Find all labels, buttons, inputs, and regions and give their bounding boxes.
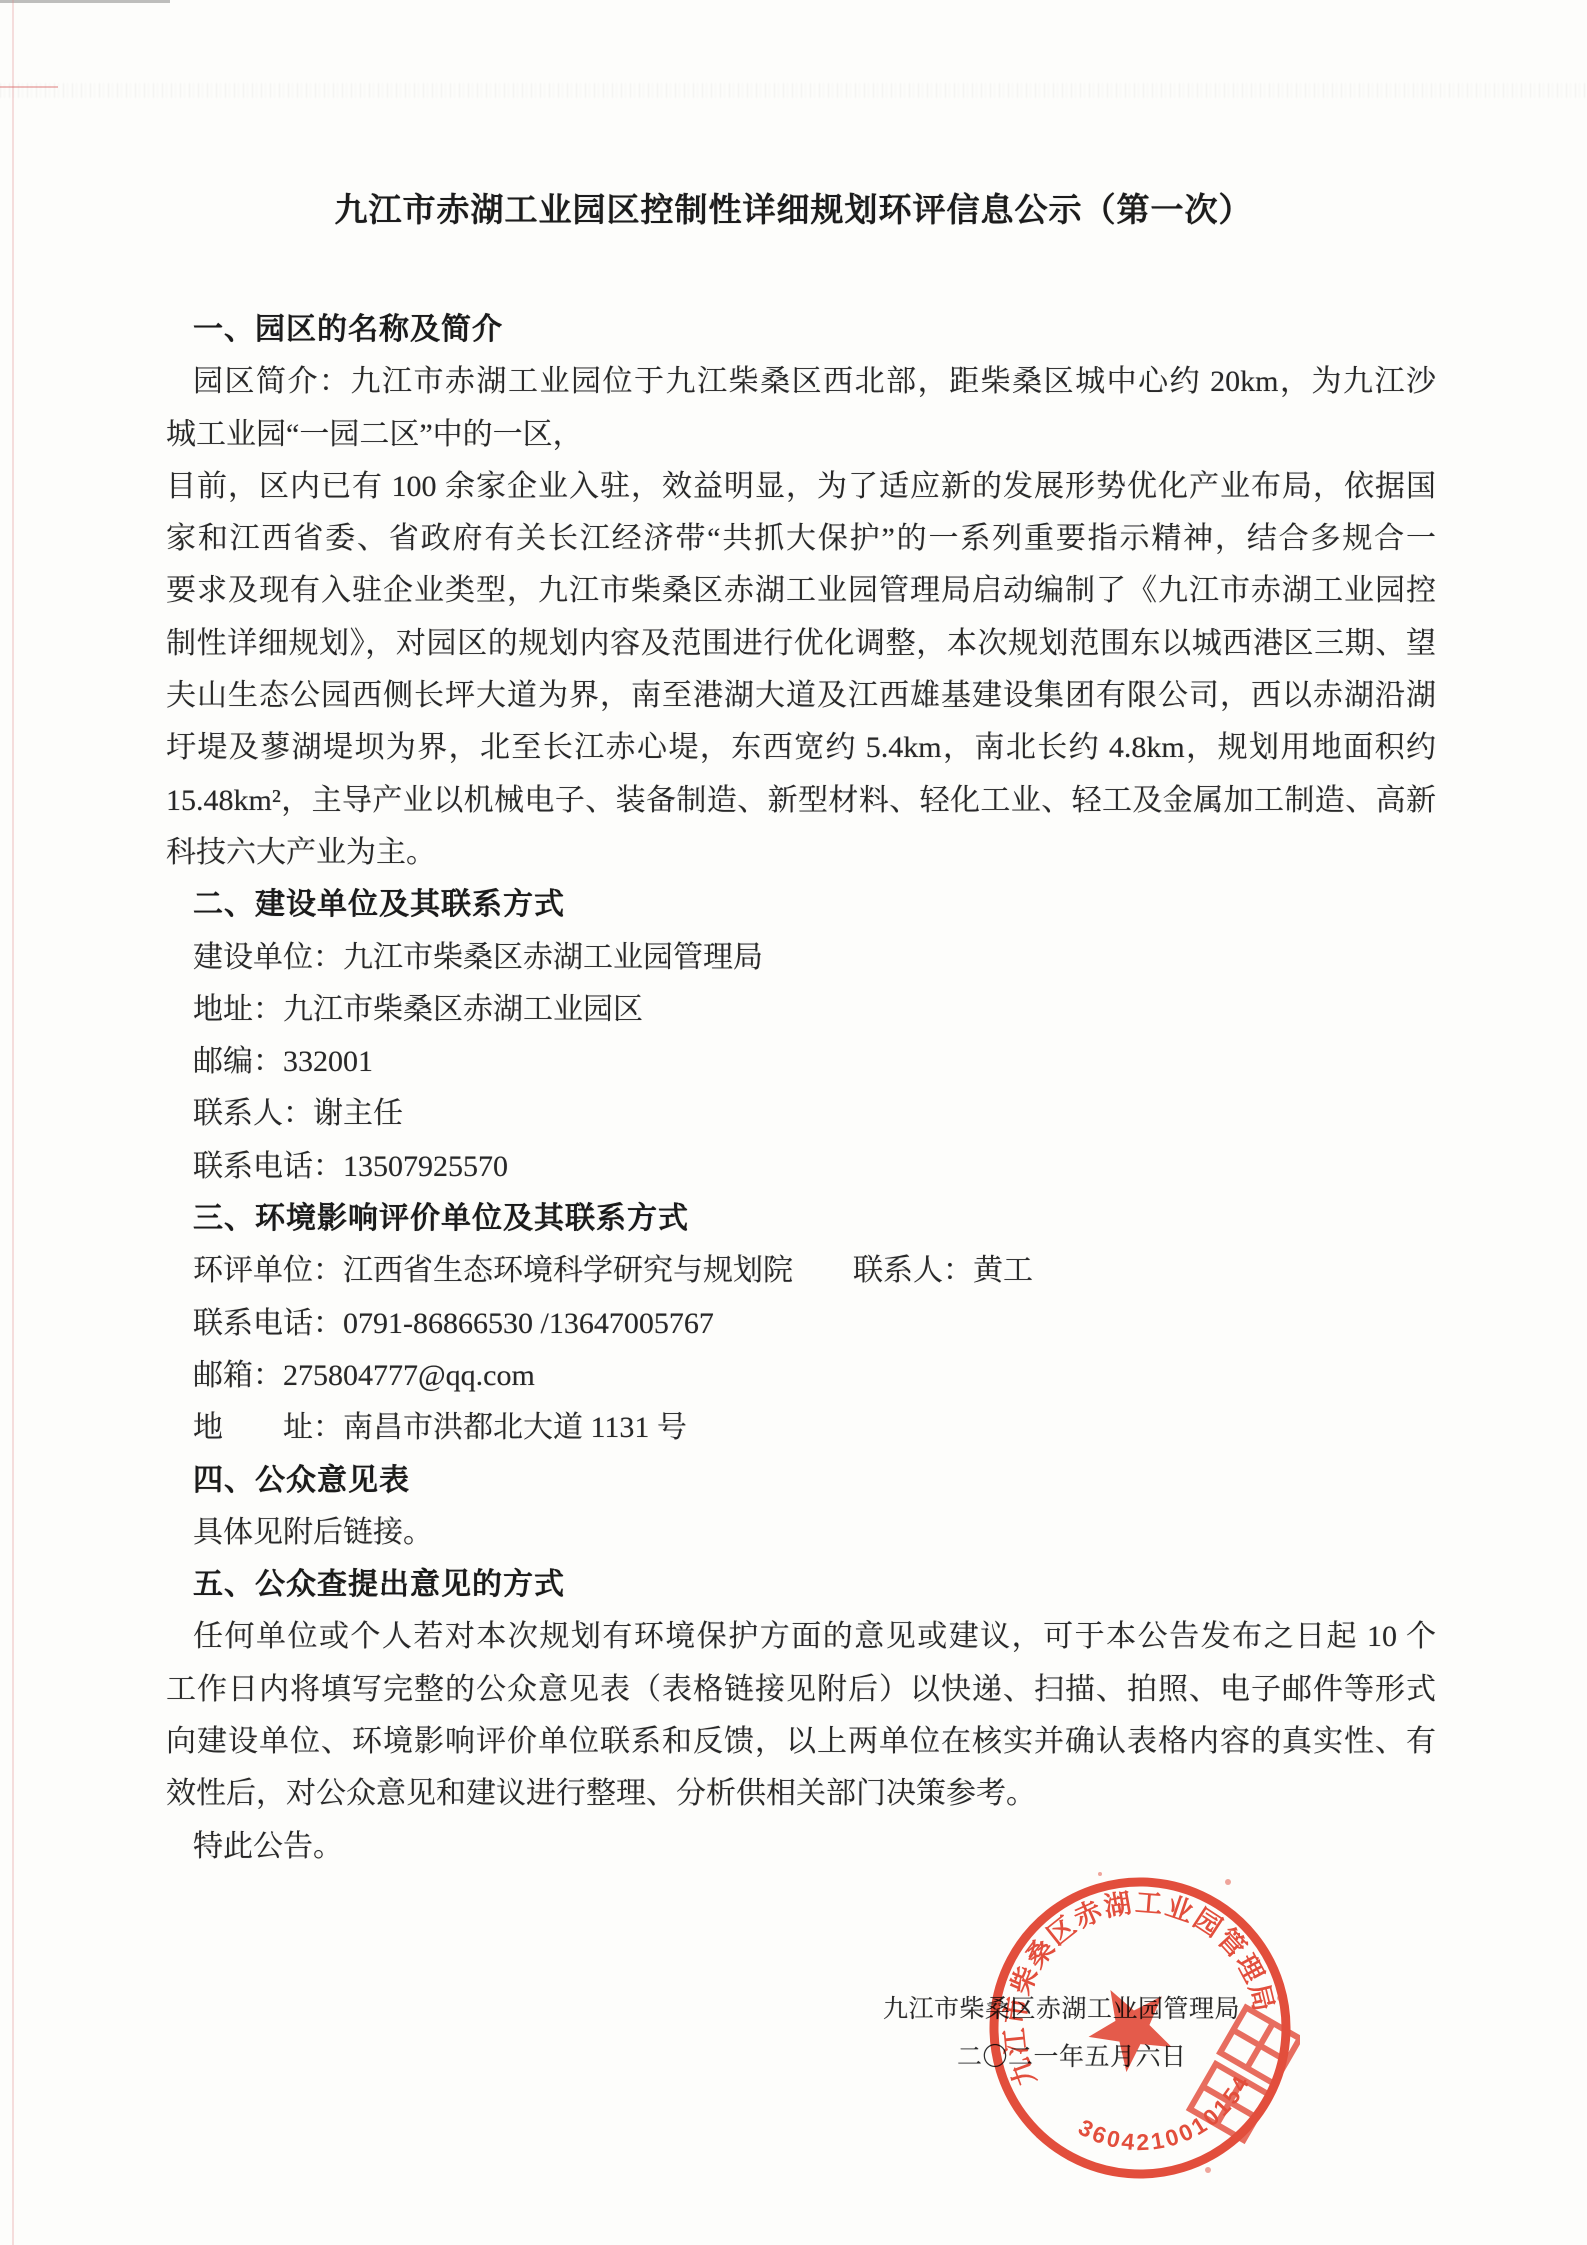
text-line: 城工业园“一园二区”中的一区， [166, 409, 1436, 461]
text-line: 目前，区内已有 100 余家企业入驻，效益明显，为了适应新的发展形势优化产业布局… [166, 461, 1436, 513]
page-title: 九江市赤湖工业园区控制性详细规划环评信息公示（第一次） [0, 184, 1587, 231]
line-contact-phone: 联系电话：13507925570 [166, 1141, 1436, 1193]
official-seal: 九江市柴桑区赤湖工业园管理局 3604210010154 [980, 1868, 1300, 2188]
scan-artifact-left-edge-line [12, 0, 14, 2245]
seal-star-icon [1077, 1976, 1180, 2080]
text-line: 家和江西省委、省政府有关长江经济带“共抓大保护”的一系列重要指示精神，结合多规合… [166, 513, 1436, 565]
scan-artifact-corner-line [0, 0, 170, 3]
section-heading-5: 五、公众查提出意见的方式 [166, 1559, 1436, 1611]
text-line: 15.48km²，主导产业以机械电子、装备制造、新型材料、轻化工业、轻工及金属加… [166, 775, 1436, 827]
line-builder-address: 地址：九江市柴桑区赤湖工业园区 [166, 984, 1436, 1036]
seal-code-text: 3604210010154 [1069, 2064, 1268, 2177]
scan-artifact-pink-dash [0, 86, 58, 88]
text-line: 任何单位或个人若对本次规划有环境保护方面的意见或建议，可于本公告发布之日起 10… [166, 1611, 1436, 1663]
section-heading-2: 二、建设单位及其联系方式 [166, 879, 1436, 931]
scanned-document-page: 九江市赤湖工业园区控制性详细规划环评信息公示（第一次） 一、园区的名称及简介 园… [0, 0, 1587, 2245]
svg-text:3604210010154: 3604210010154 [1069, 2064, 1268, 2177]
line-eia-address: 地 址：南昌市洪都北大道 1131 号 [166, 1402, 1436, 1454]
line-eia-email: 邮箱：275804777@qq.com [166, 1350, 1436, 1402]
section-heading-3: 三、环境影响评价单位及其联系方式 [166, 1193, 1436, 1245]
text-line: 科技六大产业为主。 [166, 827, 1436, 879]
text-line: 工作日内将填写完整的公众意见表（表格链接见附后）以快递、扫描、拍照、电子邮件等形… [166, 1664, 1436, 1716]
text-line: 制性详细规划》，对园区的规划内容及范围进行优化调整，本次规划范围东以城西港区三期… [166, 618, 1436, 670]
text-line: 园区简介：九江市赤湖工业园位于九江柴桑区西北部，距柴桑区城中心约 20km，为九… [166, 356, 1436, 408]
text-line: 夫山生态公园西侧长坪大道为界，南至港湖大道及江西雄基建设集团有限公司，西以赤湖沿… [166, 670, 1436, 722]
line-eia-unit-and-contact: 环评单位：江西省生态环境科学研究与规划院 联系人：黄工 [166, 1245, 1436, 1297]
line-see-attachment: 具体见附后链接。 [166, 1507, 1436, 1559]
text-line: 要求及现有入驻企业类型，九江市柴桑区赤湖工业园管理局启动编制了《九江市赤湖工业园… [166, 565, 1436, 617]
text-line: 圩堤及蓼湖堤坝为界，北至长江赤心堤，东西宽约 5.4km，南北长约 4.8km，… [166, 722, 1436, 774]
text-line: 效性后，对公众意见和建议进行整理、分析供相关部门决策参考。 [166, 1768, 1436, 1820]
line-postal-code: 邮编：332001 [166, 1036, 1436, 1088]
line-builder-unit: 建设单位：九江市柴桑区赤湖工业园管理局 [166, 932, 1436, 984]
line-contact-person: 联系人：谢主任 [166, 1088, 1436, 1140]
section-heading-4: 四、公众意见表 [166, 1455, 1436, 1507]
document-body: 一、园区的名称及简介 园区简介：九江市赤湖工业园位于九江柴桑区西北部，距柴桑区城… [166, 304, 1436, 1873]
section-heading-1: 一、园区的名称及简介 [166, 304, 1436, 356]
line-closing-notice: 特此公告。 [166, 1821, 1436, 1873]
text-line: 向建设单位、环境影响评价单位联系和反馈，以上两单位在核实并确认表格内容的真实性、… [166, 1716, 1436, 1768]
scan-artifact-speckle-band [0, 83, 1587, 98]
line-eia-phone: 联系电话：0791-86866530 /13647005767 [166, 1298, 1436, 1350]
